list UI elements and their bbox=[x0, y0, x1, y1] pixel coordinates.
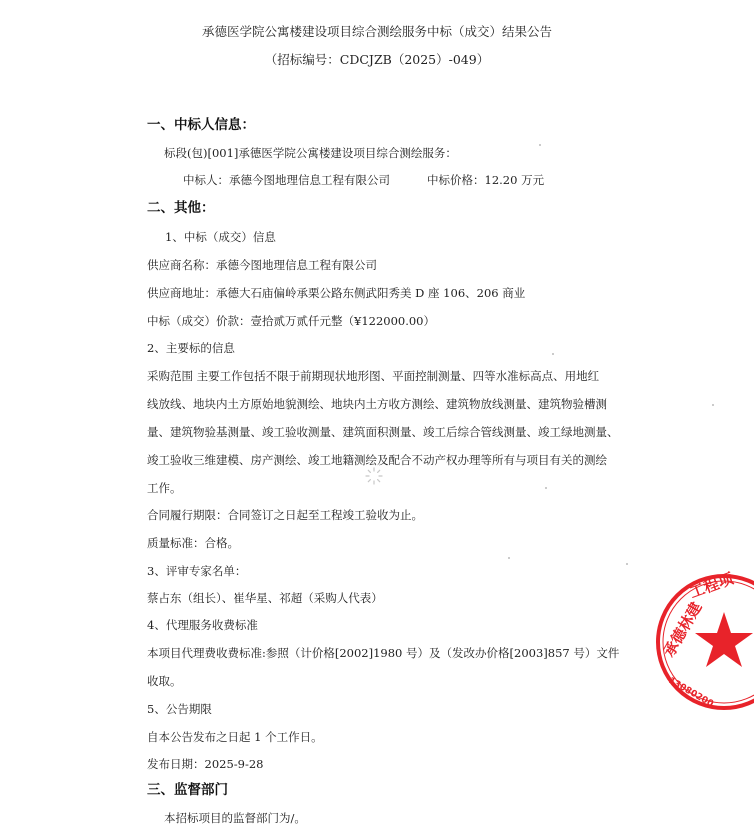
scope-line-4: 竣工验收三维建模、房产测绘、竣工地籍测绘及配合不动产权办理等所有与项目有关的测绘 bbox=[147, 452, 607, 468]
svg-text:工程项: 工程项 bbox=[687, 570, 736, 602]
supplier-name: 供应商名称：承德今图地理信息工程有限公司 bbox=[147, 257, 377, 273]
fee-line-2: 收取。 bbox=[147, 673, 182, 689]
scan-speck bbox=[712, 404, 714, 406]
supervision-text: 本招标项目的监督部门为/。 bbox=[164, 810, 306, 826]
scan-speck bbox=[545, 487, 547, 489]
scope-line-1: 采购范围 主要工作包括不限于前期现状地形图、平面控制测量、四等水准标高点、用地红 bbox=[147, 368, 599, 384]
winner-line: 中标人：承德今图地理信息工程有限公司 bbox=[183, 172, 390, 188]
notice-period: 自本公告发布之日起 1 个工作日。 bbox=[147, 729, 323, 745]
sub2-heading: 2、主要标的信息 bbox=[147, 340, 235, 356]
scan-speck bbox=[539, 144, 541, 146]
document-page: 承德医学院公寓楼建设项目综合测绘服务中标（成交）结果公告 （招标编号：CDCJZ… bbox=[0, 0, 754, 831]
svg-text:13080200: 13080200 bbox=[667, 676, 715, 710]
company-seal: 承德林建 工程项 13080200 bbox=[652, 570, 754, 715]
quality-standard: 质量标准：合格。 bbox=[147, 535, 239, 551]
contract-period: 合同履行期限：合同签订之日起至工程竣工验收为止。 bbox=[147, 507, 423, 523]
section3-heading: 三、监督部门 bbox=[147, 782, 228, 798]
scan-speck bbox=[508, 557, 510, 559]
sub5-heading: 5、公告期限 bbox=[147, 701, 212, 717]
winner-price: 中标价格：12.20 万元 bbox=[427, 172, 544, 188]
publish-date: 发布日期：2025-9-28 bbox=[147, 756, 264, 772]
section1-heading: 一、中标人信息： bbox=[147, 117, 255, 133]
scope-line-3: 量、建筑物验基测量、竣工验收测量、建筑面积测量、竣工后综合管线测量、竣工绿地测量… bbox=[147, 424, 619, 440]
section2-heading: 二、其他： bbox=[147, 200, 215, 216]
supplier-address: 供应商地址：承德大石庙偏岭承栗公路东侧武阳秀美 D 座 106、206 商业 bbox=[147, 285, 525, 301]
scan-speck bbox=[552, 353, 554, 355]
sub3-heading: 3、评审专家名单： bbox=[147, 563, 246, 579]
expert-list: 蔡占东（组长）、崔华星、祁超（采购人代表） bbox=[147, 590, 383, 606]
bid-amount: 中标（成交）价款：壹拾贰万贰仟元整（¥122000.00） bbox=[147, 313, 435, 329]
tender-number: （招标编号：CDCJZB（2025）-049） bbox=[0, 52, 754, 68]
sub4-heading: 4、代理服务收费标准 bbox=[147, 617, 258, 633]
scope-line-2: 线放线、地块内土方原始地貌测绘、地块内土方收方测绘、建筑物放线测量、建筑物验槽测 bbox=[147, 396, 607, 412]
fee-line-1: 本项目代理费收费标准:参照（计价格[2002]1980 号）及（发改办价格[20… bbox=[147, 645, 619, 661]
loading-spinner-icon bbox=[365, 467, 383, 485]
lot-line: 标段(包)[001]承德医学院公寓楼建设项目综合测绘服务： bbox=[164, 145, 457, 161]
scan-speck bbox=[626, 563, 628, 565]
document-title: 承德医学院公寓楼建设项目综合测绘服务中标（成交）结果公告 bbox=[0, 24, 754, 40]
sub1-heading: 1、中标（成交）信息 bbox=[165, 229, 276, 245]
scope-line-5: 工作。 bbox=[147, 480, 182, 496]
